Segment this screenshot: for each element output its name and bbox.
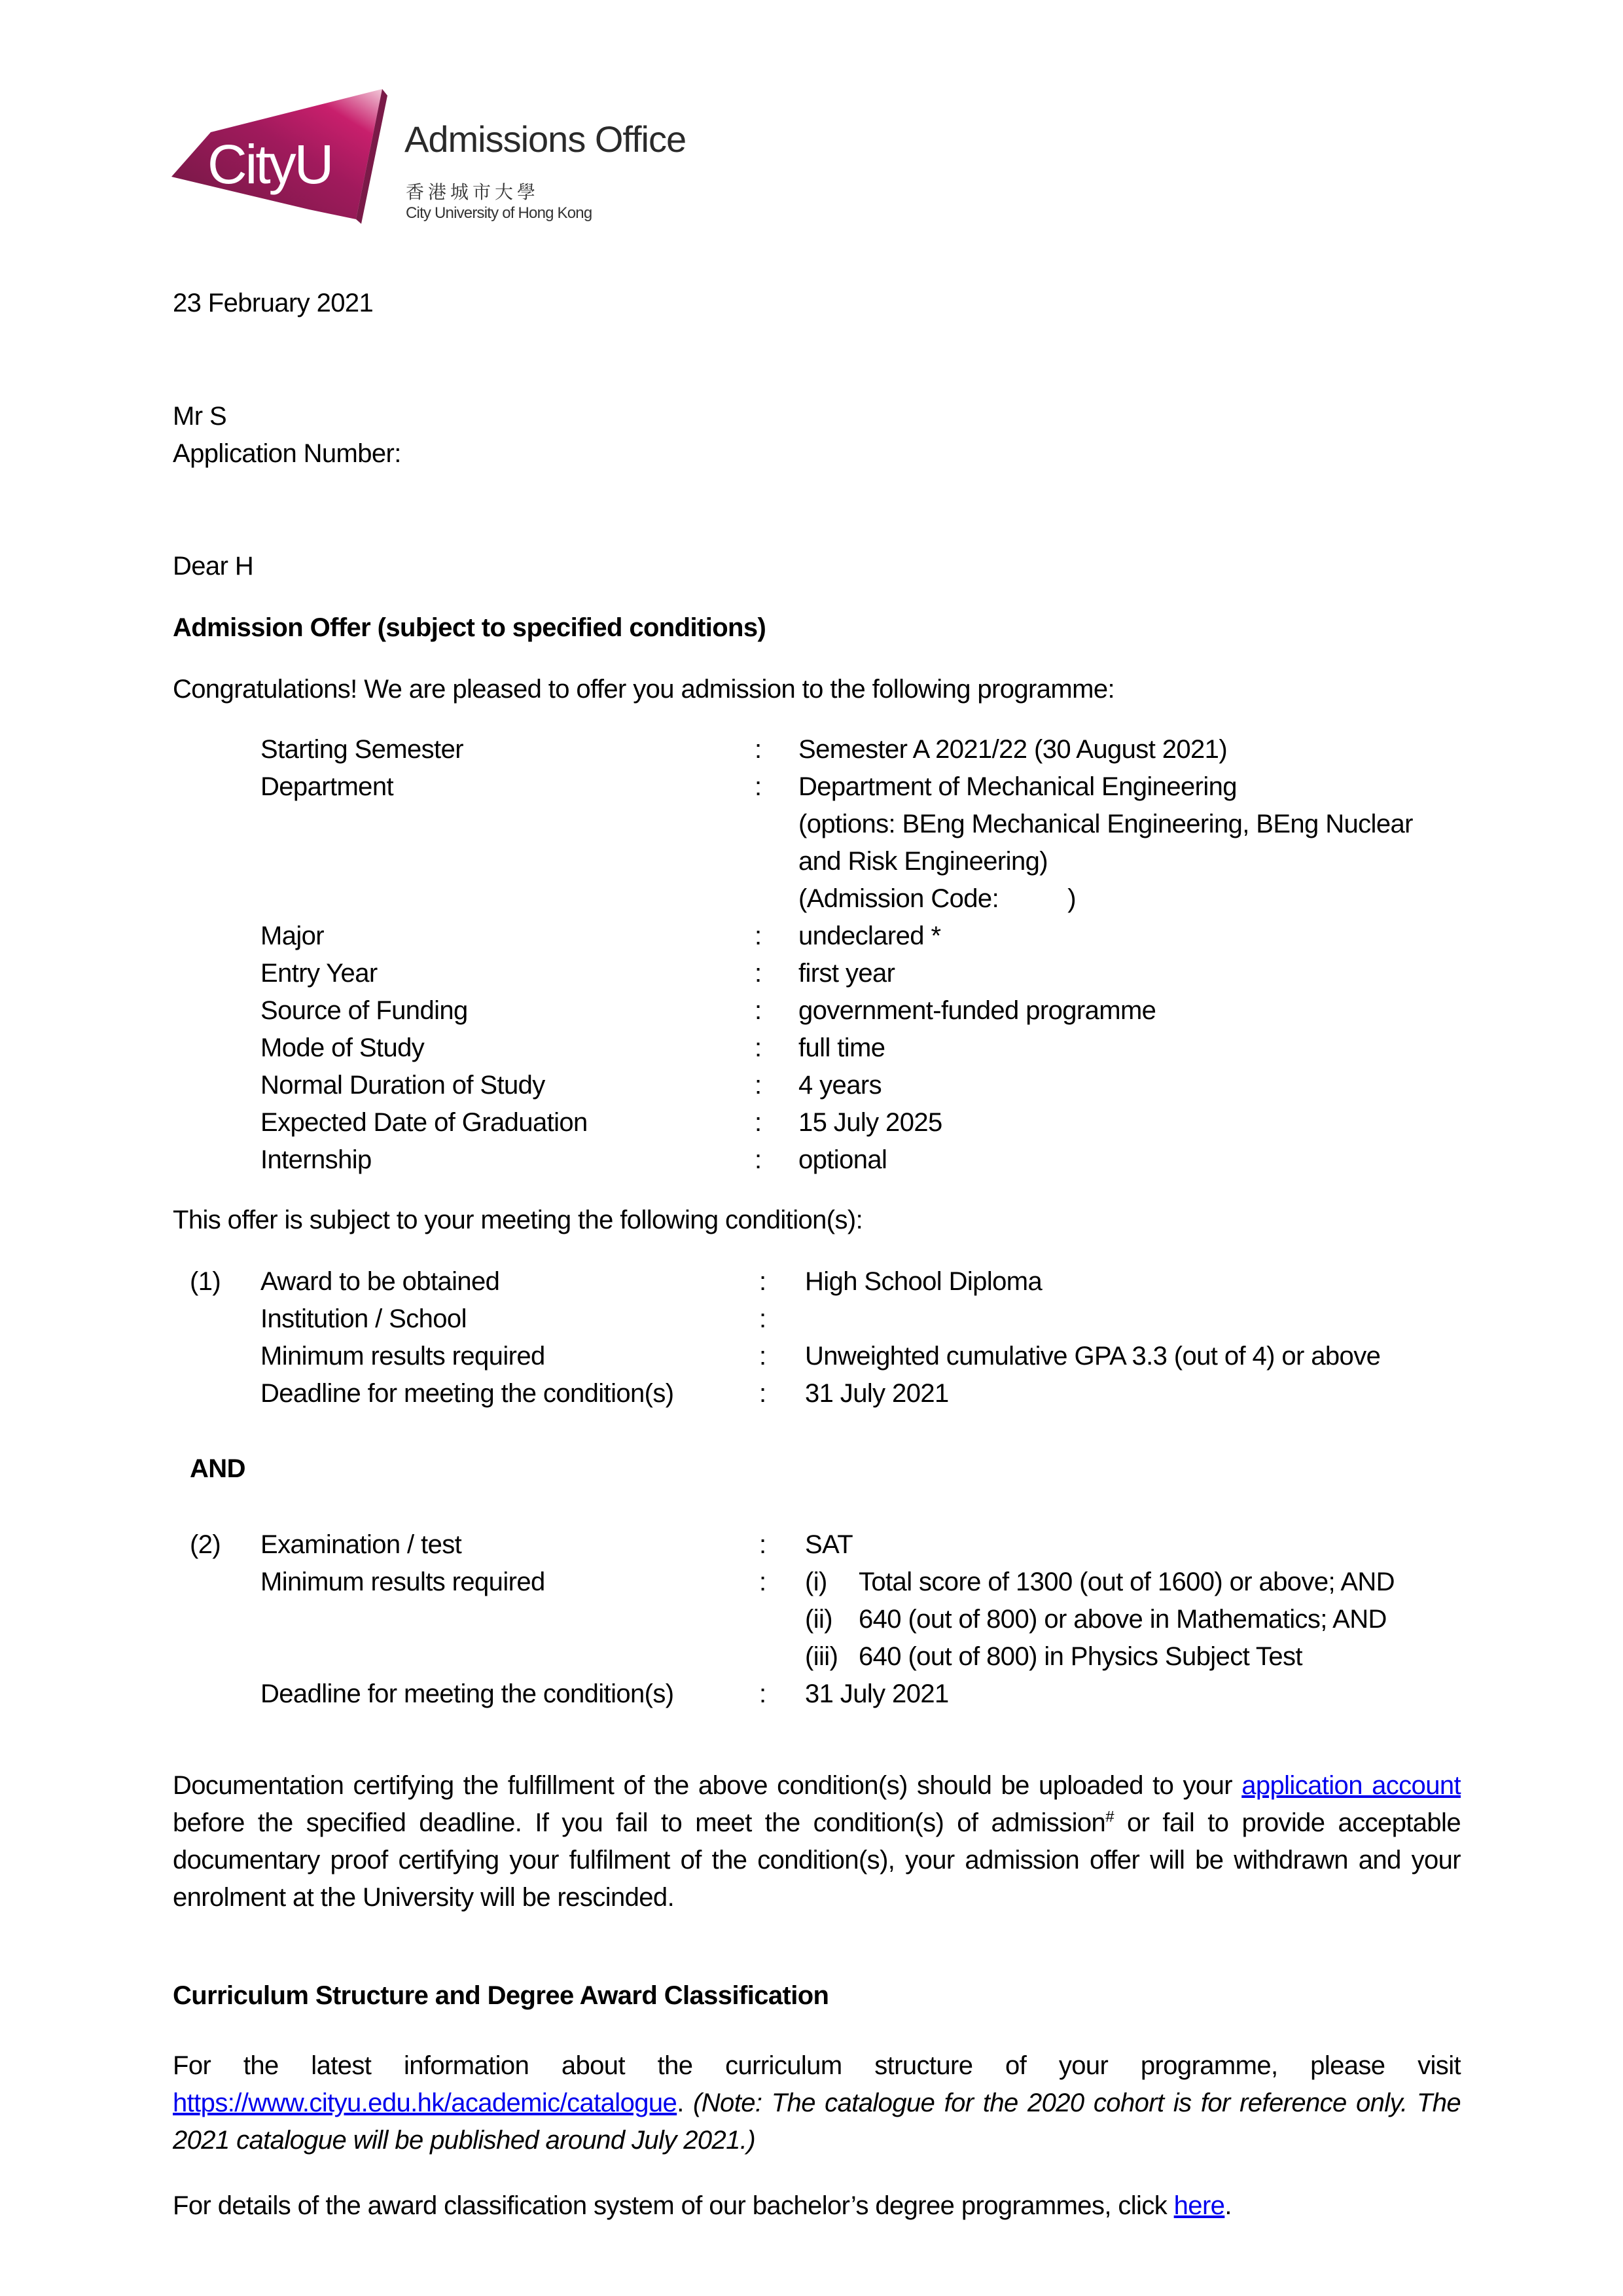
condition-number: (1) bbox=[190, 1266, 221, 1297]
letter-date: 23 February 2021 bbox=[173, 287, 373, 319]
label-entry-year: Entry Year bbox=[260, 958, 378, 989]
value-source-of-funding: government-funded programme bbox=[798, 995, 1156, 1026]
documentation-paragraph: Documentation certifying the fulfillment… bbox=[173, 1767, 1461, 1916]
label-internship: Internship bbox=[260, 1144, 372, 1175]
intro-text: Congratulations! We are pleased to offer… bbox=[173, 673, 1115, 705]
logo-text: CityU bbox=[207, 134, 332, 195]
value-admission-code: (Admission Code: ) bbox=[798, 883, 1076, 914]
label-starting-semester: Starting Semester bbox=[260, 734, 463, 765]
value-starting-semester: Semester A 2021/22 (30 August 2021) bbox=[798, 734, 1227, 765]
salutation: Dear H bbox=[173, 550, 253, 582]
university-name-english: City University of Hong Kong bbox=[406, 204, 592, 223]
value-deadline: 31 July 2021 bbox=[805, 1678, 949, 1710]
curriculum-heading: Curriculum Structure and Degree Award Cl… bbox=[173, 1980, 829, 2011]
label-examination: Examination / test bbox=[260, 1529, 461, 1560]
value-expected-graduation: 15 July 2025 bbox=[798, 1107, 942, 1138]
label-institution: Institution / School bbox=[260, 1303, 467, 1335]
award-classification-paragraph: For details of the award classification … bbox=[173, 2190, 1232, 2221]
cityu-logo: CityU bbox=[171, 85, 394, 226]
value-normal-duration: 4 years bbox=[798, 1069, 882, 1101]
sub-item: (iii)640 (out of 800) in Physics Subject… bbox=[805, 1641, 1302, 1672]
value-internship: optional bbox=[798, 1144, 887, 1175]
value-major: undeclared * bbox=[798, 920, 940, 952]
value-department-options-cont: and Risk Engineering) bbox=[798, 846, 1048, 877]
condition-number: (2) bbox=[190, 1529, 221, 1560]
sub-item: (ii)640 (out of 800) or above in Mathema… bbox=[805, 1604, 1387, 1635]
catalogue-link[interactable]: https://www.cityu.edu.hk/academic/catalo… bbox=[173, 2089, 677, 2117]
label-expected-graduation: Expected Date of Graduation bbox=[260, 1107, 588, 1138]
label-department: Department bbox=[260, 771, 393, 802]
application-number: Application Number: bbox=[173, 438, 401, 469]
curriculum-paragraph: For the latest information about the cur… bbox=[173, 2047, 1461, 2159]
and-connector: AND bbox=[190, 1453, 245, 1484]
sub-item: (i)Total score of 1300 (out of 1600) or … bbox=[805, 1566, 1395, 1598]
label-normal-duration: Normal Duration of Study bbox=[260, 1069, 545, 1101]
label-major: Major bbox=[260, 920, 324, 952]
label-mode-of-study: Mode of Study bbox=[260, 1032, 424, 1064]
university-name-chinese: 香港城市大學 bbox=[406, 178, 539, 204]
value-award: High School Diploma bbox=[805, 1266, 1042, 1297]
value-mode-of-study: full time bbox=[798, 1032, 885, 1064]
value-department: Department of Mechanical Engineering bbox=[798, 771, 1237, 802]
office-title: Admissions Office bbox=[404, 118, 686, 160]
label-minimum-results: Minimum results required bbox=[260, 1566, 545, 1598]
value-minimum-results: Unweighted cumulative GPA 3.3 (out of 4)… bbox=[805, 1340, 1380, 1372]
application-account-link[interactable]: application account bbox=[1241, 1771, 1461, 1800]
label-award: Award to be obtained bbox=[260, 1266, 499, 1297]
value-entry-year: first year bbox=[798, 958, 895, 989]
label-minimum-results: Minimum results required bbox=[260, 1340, 545, 1372]
value-examination: SAT bbox=[805, 1529, 853, 1560]
label-source-of-funding: Source of Funding bbox=[260, 995, 468, 1026]
label-deadline: Deadline for meeting the condition(s) bbox=[260, 1678, 674, 1710]
offer-title: Admission Offer (subject to specified co… bbox=[173, 612, 766, 643]
label-deadline: Deadline for meeting the condition(s) bbox=[260, 1378, 674, 1409]
value-department-options: (options: BEng Mechanical Engineering, B… bbox=[798, 808, 1413, 840]
recipient-name: Mr S bbox=[173, 401, 226, 432]
application-number-label: Application Number: bbox=[173, 439, 401, 468]
here-link[interactable]: here bbox=[1174, 2191, 1225, 2220]
conditions-intro: This offer is subject to your meeting th… bbox=[173, 1204, 863, 1236]
value-deadline: 31 July 2021 bbox=[805, 1378, 949, 1409]
